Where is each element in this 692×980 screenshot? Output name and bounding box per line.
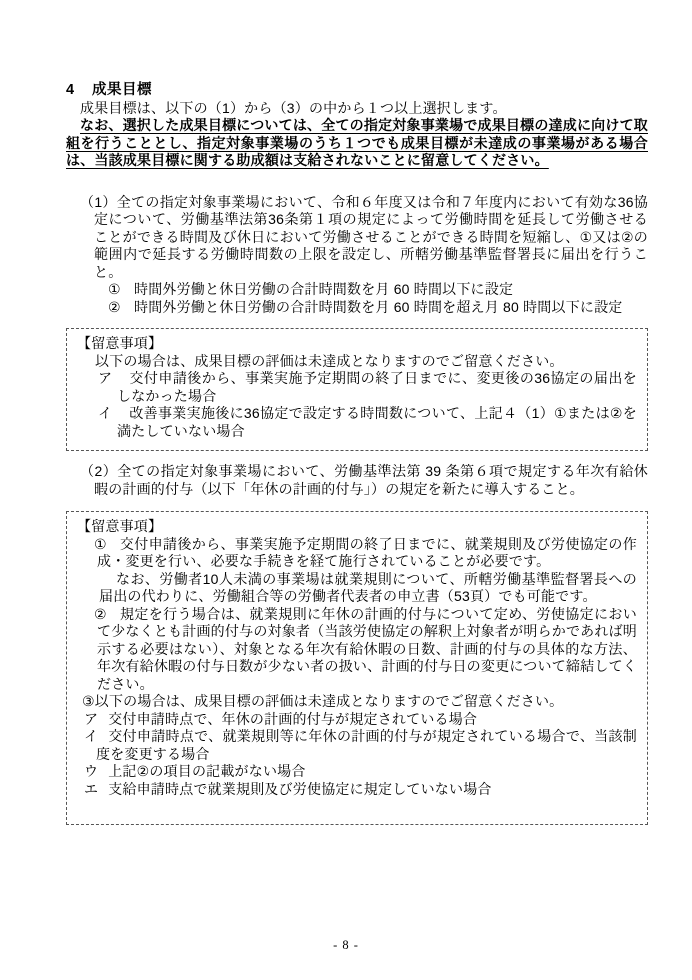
kana-i-marker: イ (98, 405, 112, 421)
document-page: { "page": { "number": "- 8 -" }, "sectio… (0, 0, 692, 980)
sub-item-1: ①時間外労働と休日労働の合計時間数を月 60 時間以下に設定 (66, 281, 648, 299)
list-item-1: （1）全ての指定対象事業場において、令和６年度又は令和７年度内において有効な36… (66, 194, 648, 282)
circled-2-marker: ② (94, 606, 107, 622)
circled-1-marker: ① (94, 536, 107, 552)
note-box-2-item-2: ②規定を行う場合は、就業規則に年休の計画的付与について定め、労使協定において少な… (77, 606, 637, 694)
kana-e-marker: エ (84, 781, 98, 797)
note-box-2-item-i-text: 交付申請時点で、就業規則等に年休の計画的付与が規定されている場合で、当該制度を変… (96, 728, 637, 762)
note-box-2: 【留意事項】 ①交付申請後から、事業実施予定期間の終了日までに、就業規則及び労使… (66, 511, 648, 825)
note-box-2-title: 【留意事項】 (77, 518, 637, 536)
intro-paragraph: 成果目標は、以下の（1）から（3）の中から１つ以上選択します。 (66, 100, 648, 118)
section-number: 4 (66, 82, 92, 100)
section-title: 成果目標 (92, 82, 152, 98)
kana-a-marker: ア (84, 711, 98, 727)
note-box-2-item-2-text: 規定を行う場合は、就業規則に年休の計画的付与について定め、労使協定において少なく… (97, 606, 637, 692)
note-box-1-item-i-text: 改善事業実施後に36協定で設定する時間数について、上記４（1）①または②を満たし… (117, 405, 637, 439)
note-box-2-item-3-text: 以下の場合は、成果目標の評価は未達成となりますのでご留意ください。 (95, 693, 564, 709)
note-box-2-item-1-text: 交付申請後から、事業実施予定期間の終了日までに、就業規則及び労使協定の作成・変更… (97, 536, 637, 570)
circled-1-marker: ① (108, 281, 134, 299)
circled-3-marker: ③ (82, 693, 95, 709)
note-box-2-item-e-text: 支給申請時点で就業規則及び労使協定に規定していない場合 (108, 781, 491, 797)
item-2-label: （2） (80, 463, 117, 479)
item-2-text: 全ての指定対象事業場において、労働基準法第 39 条第６項で規定する年次有給休暇… (94, 463, 648, 497)
kana-u-marker: ウ (84, 763, 98, 779)
kana-i-marker: イ (84, 728, 98, 744)
section-heading: 4成果目標 (66, 82, 648, 100)
note-box-1-item-a-text: 交付申請後から、事業実施予定期間の終了日までに、変更後の36協定の届出をしなかっ… (117, 370, 637, 404)
note-box-1: 【留意事項】 以下の場合は、成果目標の評価は未達成となりますのでご留意ください。… (66, 328, 648, 451)
note-box-2-item-a: ア交付申請時点で、年休の計画的付与が規定されている場合 (77, 711, 637, 729)
sub-item-1-text: 時間外労働と休日労働の合計時間数を月 60 時間以下に設定 (134, 281, 513, 297)
note-box-1-intro: 以下の場合は、成果目標の評価は未達成となりますのでご留意ください。 (77, 353, 637, 371)
circled-2-marker: ② (108, 299, 134, 317)
note-box-2-item-1: ①交付申請後から、事業実施予定期間の終了日までに、就業規則及び労使協定の作成・変… (77, 536, 637, 571)
note-box-2-item-u-text: 上記②の項目の記載がない場合 (108, 763, 305, 779)
item-1-text: 全ての指定対象事業場において、令和６年度又は令和７年度内において有効な36協定に… (94, 194, 648, 280)
list-item-2: （2）全ての指定対象事業場において、労働基準法第 39 条第６項で規定する年次有… (66, 463, 648, 498)
note-box-1-item-a: ア交付申請後から、事業実施予定期間の終了日までに、変更後の36協定の届出をしなか… (77, 370, 637, 405)
note-box-2-item-3: ③以下の場合は、成果目標の評価は未達成となりますのでご留意ください。 (77, 693, 637, 711)
notice-paragraph: なお、選択した成果目標については、全ての指定対象事業場で成果目標の達成に向けて取… (66, 117, 648, 170)
document-body: 4成果目標 成果目標は、以下の（1）から（3）の中から１つ以上選択します。 なお… (66, 82, 648, 825)
note-box-1-item-i: イ改善事業実施後に36協定で設定する時間数について、上記４（1）①または②を満た… (77, 405, 637, 440)
sub-item-2-text: 時間外労働と休日労働の合計時間数を月 60 時間を超え月 80 時間以下に設定 (134, 299, 623, 315)
page-number: - 8 - (0, 938, 692, 953)
kana-a-marker: ア (98, 370, 112, 386)
note-box-2-item-e: エ支給申請時点で就業規則及び労使協定に規定していない場合 (77, 781, 637, 799)
note-box-2-item-1-note: なお、労働者10人未満の事業場は就業規則について、所轄労働基準監督署長への届出の… (77, 571, 637, 606)
item-1-label: （1） (80, 194, 117, 210)
note-box-2-item-u: ウ上記②の項目の記載がない場合 (77, 763, 637, 781)
sub-item-2: ②時間外労働と休日労働の合計時間数を月 60 時間を超え月 80 時間以下に設定 (66, 299, 648, 317)
note-box-2-item-a-text: 交付申請時点で、年休の計画的付与が規定されている場合 (108, 711, 477, 727)
note-box-2-item-i: イ交付申請時点で、就業規則等に年休の計画的付与が規定されている場合で、当該制度を… (77, 728, 637, 763)
note-box-1-title: 【留意事項】 (77, 335, 637, 353)
